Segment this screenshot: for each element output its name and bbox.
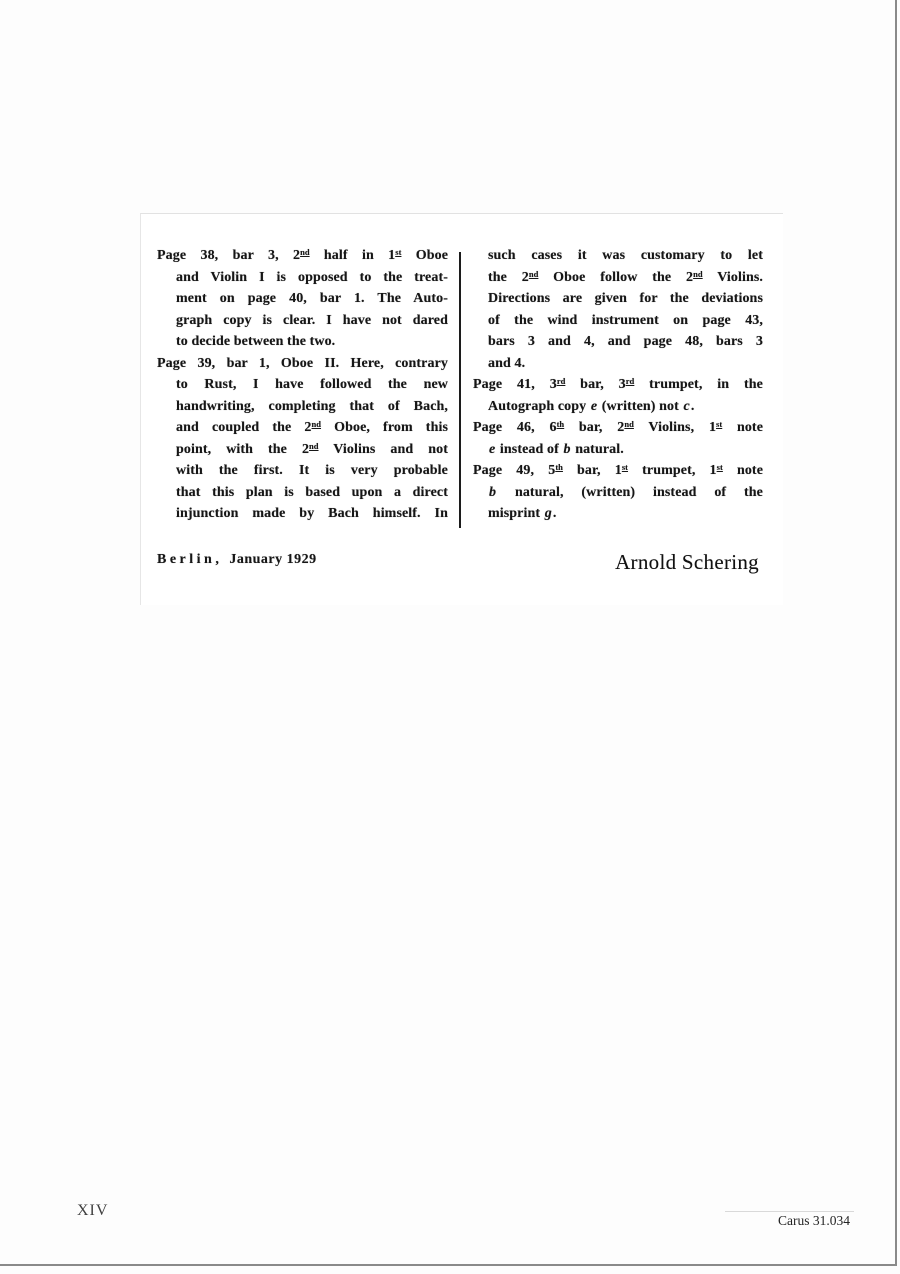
catalog-number: Carus 31.034 [725, 1213, 850, 1229]
text-line: to decide between the two. [157, 331, 448, 353]
paragraph: Page 46, 6th bar, 2nd Violins, 1st notee… [473, 417, 763, 460]
scanned-page: Page 38, bar 3, 2nd half in 1st Oboeand … [140, 213, 783, 605]
text-line: of the wind instrument on page 43, [473, 310, 763, 332]
text-line: Page 38, bar 3, 2nd half in 1st Oboe [157, 245, 448, 267]
text-line: Autograph copy e (written) not c. [473, 396, 763, 418]
text-line: point, with the 2nd Violins and not [157, 439, 448, 461]
text-line: injunction made by Bach himself. In [157, 503, 448, 525]
text-line: such cases it was customary to let [473, 245, 763, 267]
text-line: misprint g. [473, 503, 763, 525]
text-line: Page 41, 3rd bar, 3rd trumpet, in the [473, 374, 763, 396]
text-line: Page 39, bar 1, Oboe II. Here, contrary [157, 353, 448, 375]
dateline-date: January 1929 [229, 552, 316, 567]
text-column-right: such cases it was customary to letthe 2n… [473, 245, 763, 525]
text-line: b natural, (written) instead of the [473, 482, 763, 504]
text-line: that this plan is based upon a direct [157, 482, 448, 504]
column-divider-rule [459, 252, 461, 528]
viewport-bottom-border [0, 1264, 897, 1266]
dateline: Berlin,January 1929 [157, 552, 317, 568]
text-line: bars 3 and 4, and page 48, bars 3 [473, 331, 763, 353]
text-line: and 4. [473, 353, 763, 375]
paragraph: such cases it was customary to letthe 2n… [473, 245, 763, 374]
text-line: Directions are given for the deviations [473, 288, 763, 310]
text-line: ment on page 40, bar 1. The Auto- [157, 288, 448, 310]
author-signature: Arnold Schering [615, 550, 759, 575]
text-line: the 2nd Oboe follow the 2nd Violins. [473, 267, 763, 289]
text-line: Page 49, 5th bar, 1st trumpet, 1st note [473, 460, 763, 482]
text-line: to Rust, I have followed the new [157, 374, 448, 396]
viewport-right-border [895, 0, 897, 1266]
text-line: handwriting, completing that of Bach, [157, 396, 448, 418]
text-line: with the first. It is very probable [157, 460, 448, 482]
paragraph: Page 39, bar 1, Oboe II. Here, contraryt… [157, 353, 448, 525]
dateline-place: Berlin, [157, 552, 222, 567]
paragraph: Page 41, 3rd bar, 3rd trumpet, in theAut… [473, 374, 763, 417]
text-line: e instead of b natural. [473, 439, 763, 461]
catalog-rule-line [725, 1211, 854, 1212]
text-line: and Violin I is opposed to the treat- [157, 267, 448, 289]
text-line: graph copy is clear. I have not dared [157, 310, 448, 332]
paragraph: Page 38, bar 3, 2nd half in 1st Oboeand … [157, 245, 448, 353]
text-line: and coupled the 2nd Oboe, from this [157, 417, 448, 439]
page-number: XIV [77, 1202, 108, 1220]
paragraph: Page 49, 5th bar, 1st trumpet, 1st noteb… [473, 460, 763, 525]
text-line: Page 46, 6th bar, 2nd Violins, 1st note [473, 417, 763, 439]
text-column-left: Page 38, bar 3, 2nd half in 1st Oboeand … [157, 245, 448, 525]
